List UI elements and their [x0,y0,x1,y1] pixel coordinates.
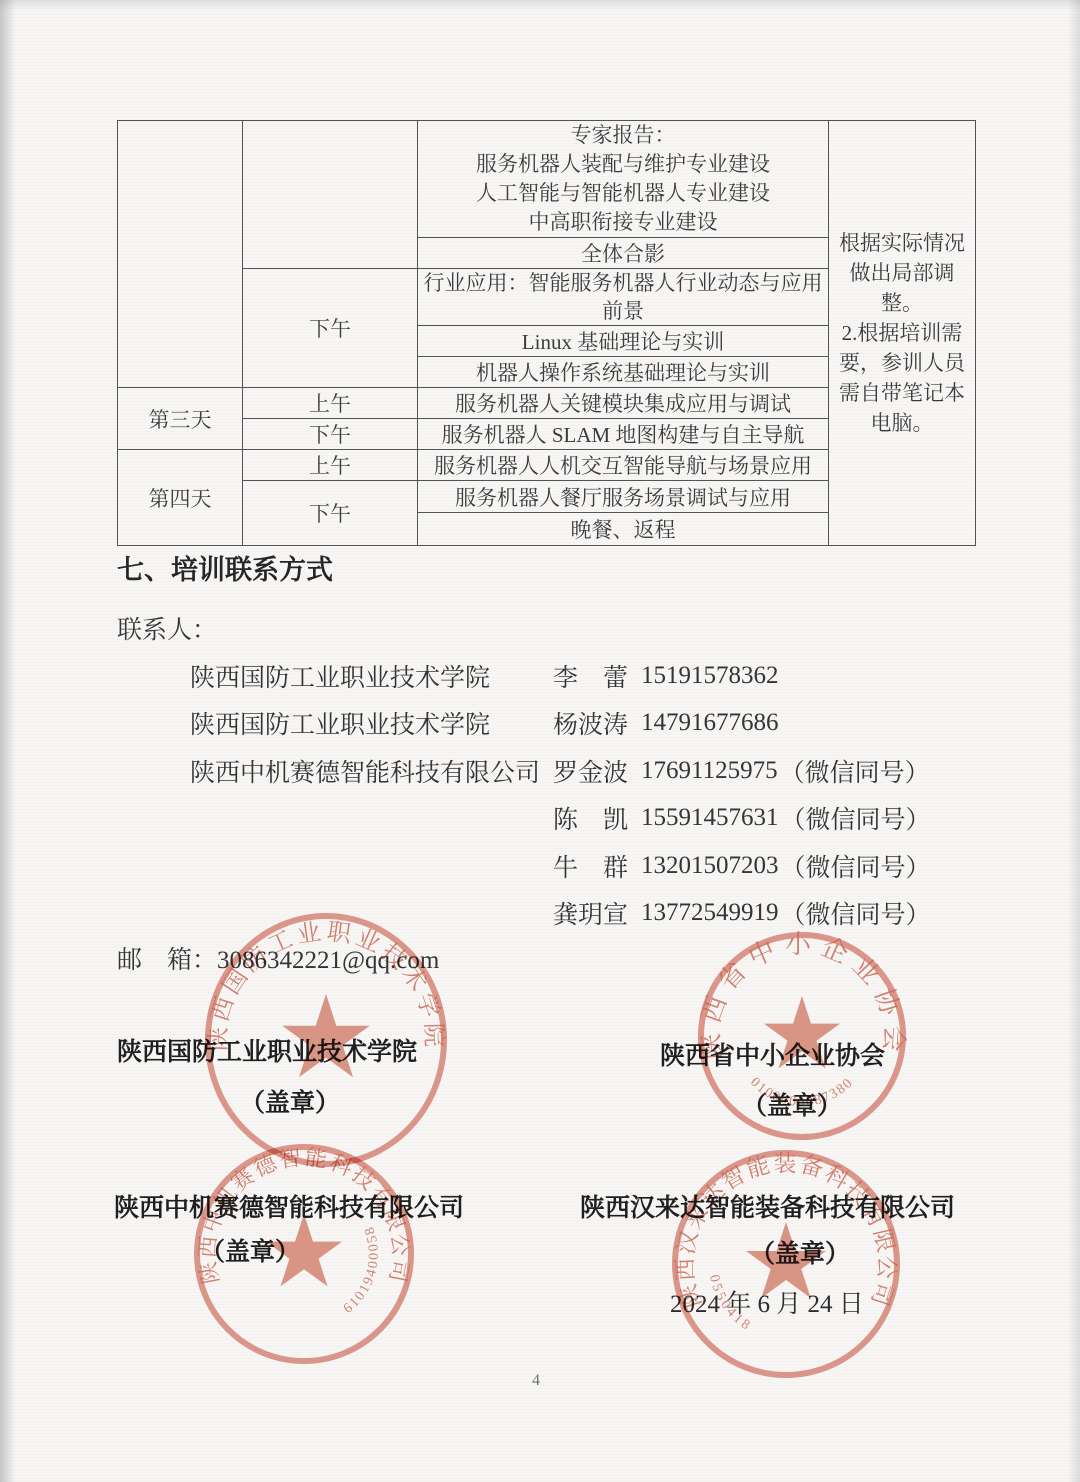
contact-label: 联系人： [117,610,217,646]
section-heading: 七、培训联系方式 [117,548,333,587]
note-paragraph: 2.根据培训需要，参训人员需自带笔记本电脑。 [832,318,972,438]
contact-wechat-note: （微信同号） [781,895,931,931]
contact-wechat-note: （微信同号） [781,800,931,836]
contact-wechat-note: （微信同号） [781,848,931,884]
time-cell-afternoon: 下午 [243,419,418,450]
time-cell-morning: 上午 [243,450,418,481]
seal-star-icon [266,1214,342,1286]
time-cell-afternoon: 下午 [243,481,418,546]
schedule-cell-industry-app: 行业应用：智能服务机器人行业动态与应用 前景 [418,269,829,326]
schedule-cell-day4-am: 服务机器人人机交互智能导航与场景应用 [418,450,829,481]
contact-phone: 17691125975 [641,757,778,785]
official-seal-association: 陕西省中小企业协会 0100000087380 [694,928,910,1144]
note-paragraph: 根据实际情况做出局部调整。 [832,228,972,318]
official-seal-college: 陕西国防工业职业技术学院 [200,908,452,1172]
contact-org: 陕西中机赛德智能科技有限公司 [190,753,553,789]
seal-star-icon [282,994,370,1077]
contact-name: 杨波涛 [553,705,641,741]
contact-phone: 14791677686 [641,709,779,737]
contact-name: 牛 群 [553,848,641,884]
contact-row: 陕西国防工业职业技术学院 李 蕾 15191578362 [190,652,1010,700]
schedule-note-cell: 根据实际情况做出局部调整。 2.根据培训需要，参训人员需自带笔记本电脑。 [829,121,976,546]
scanned-document-page: 专家报告： 服务机器人装配与维护专业建设 人工智能与智能机器人专业建设 中高职衔… [0,0,1080,1482]
table-row: 专家报告： 服务机器人装配与维护专业建设 人工智能与智能机器人专业建设 中高职衔… [118,121,976,238]
official-seal-hanlaida: 陕西汉来达智能装备科技有限公司 0550418 [668,1146,904,1382]
industry-app-line: 前景 [421,297,825,325]
expert-report-title: 专家报告： [421,121,825,150]
contact-name: 陈 凯 [553,800,641,836]
seal-serial-digits: 0550418 [699,1269,758,1340]
day-cell-blank [118,121,243,388]
expert-report-line: 服务机器人装配与维护专业建设 [421,150,825,179]
contact-phone: 13772549919 [641,899,779,927]
schedule-cell-expert-report: 专家报告： 服务机器人装配与维护专业建设 人工智能与智能机器人专业建设 中高职衔… [418,121,829,238]
schedule-cell-day3-pm: 服务机器人 SLAM 地图构建与自主导航 [418,419,829,450]
contact-row: 陕西国防工业职业技术学院 杨波涛 14791677686 [190,700,1010,748]
contact-phone: 15591457631 [641,804,779,832]
expert-report-line: 人工智能与智能机器人专业建设 [421,179,825,208]
time-cell-blank [243,121,418,269]
schedule-cell-day4-pm: 服务机器人餐厅服务场景调试与应用 [418,481,829,513]
seal-star-icon [764,996,840,1068]
contact-name: 罗金波 [553,753,641,789]
time-cell-morning: 上午 [243,388,418,419]
page-number: 4 [532,1372,540,1390]
contact-wechat-note: （微信同号） [780,753,930,789]
contact-org: 陕西国防工业职业技术学院 [190,658,553,694]
expert-report-line: 中高职衔接专业建设 [421,208,825,237]
schedule-cell-day3-am: 服务机器人关键模块集成应用与调试 [418,388,829,419]
seal-star-icon [746,1222,826,1298]
contact-org: 陕西国防工业职业技术学院 [190,705,553,741]
contact-phone: 13201507203 [641,852,779,880]
contact-name: 李 蕾 [553,658,641,694]
svg-text:0550418: 0550418 [699,1269,758,1340]
schedule-cell-group-photo: 全体合影 [418,238,829,269]
seal-serial-digits: 0100000087380 [747,1075,857,1110]
contact-phone: 15191578362 [641,662,779,690]
svg-text:0100000087380: 0100000087380 [747,1075,857,1110]
official-seal-zhongji-saide: 陕西中机赛德智能科技有限公司 61019400058 [190,1140,418,1368]
contact-row: 牛 群 13201507203 （微信同号） [190,842,1010,890]
contact-row: 陈 凯 15591457631 （微信同号） [190,795,1010,843]
time-cell-afternoon: 下午 [243,269,418,388]
contact-row: 陕西中机赛德智能科技有限公司 罗金波 17691125975 （微信同号） [190,747,1010,795]
contact-list: 陕西国防工业职业技术学院 李 蕾 15191578362 陕西国防工业职业技术学… [190,652,1010,937]
schedule-table: 专家报告： 服务机器人装配与维护专业建设 人工智能与智能机器人专业建设 中高职衔… [117,120,976,546]
day-cell-day3: 第三天 [118,388,243,450]
schedule-cell-dinner-return: 晚餐、返程 [418,513,829,546]
day-cell-day4: 第四天 [118,450,243,546]
schedule-cell-linux: Linux 基础理论与实训 [418,326,829,357]
schedule-cell-ros: 机器人操作系统基础理论与实训 [418,357,829,388]
svg-text:61019400058: 61019400058 [339,1220,392,1321]
industry-app-line: 行业应用：智能服务机器人行业动态与应用 [421,269,825,297]
contact-name: 龚玥宣 [553,895,641,931]
seal-serial-digits: 61019400058 [339,1220,392,1321]
